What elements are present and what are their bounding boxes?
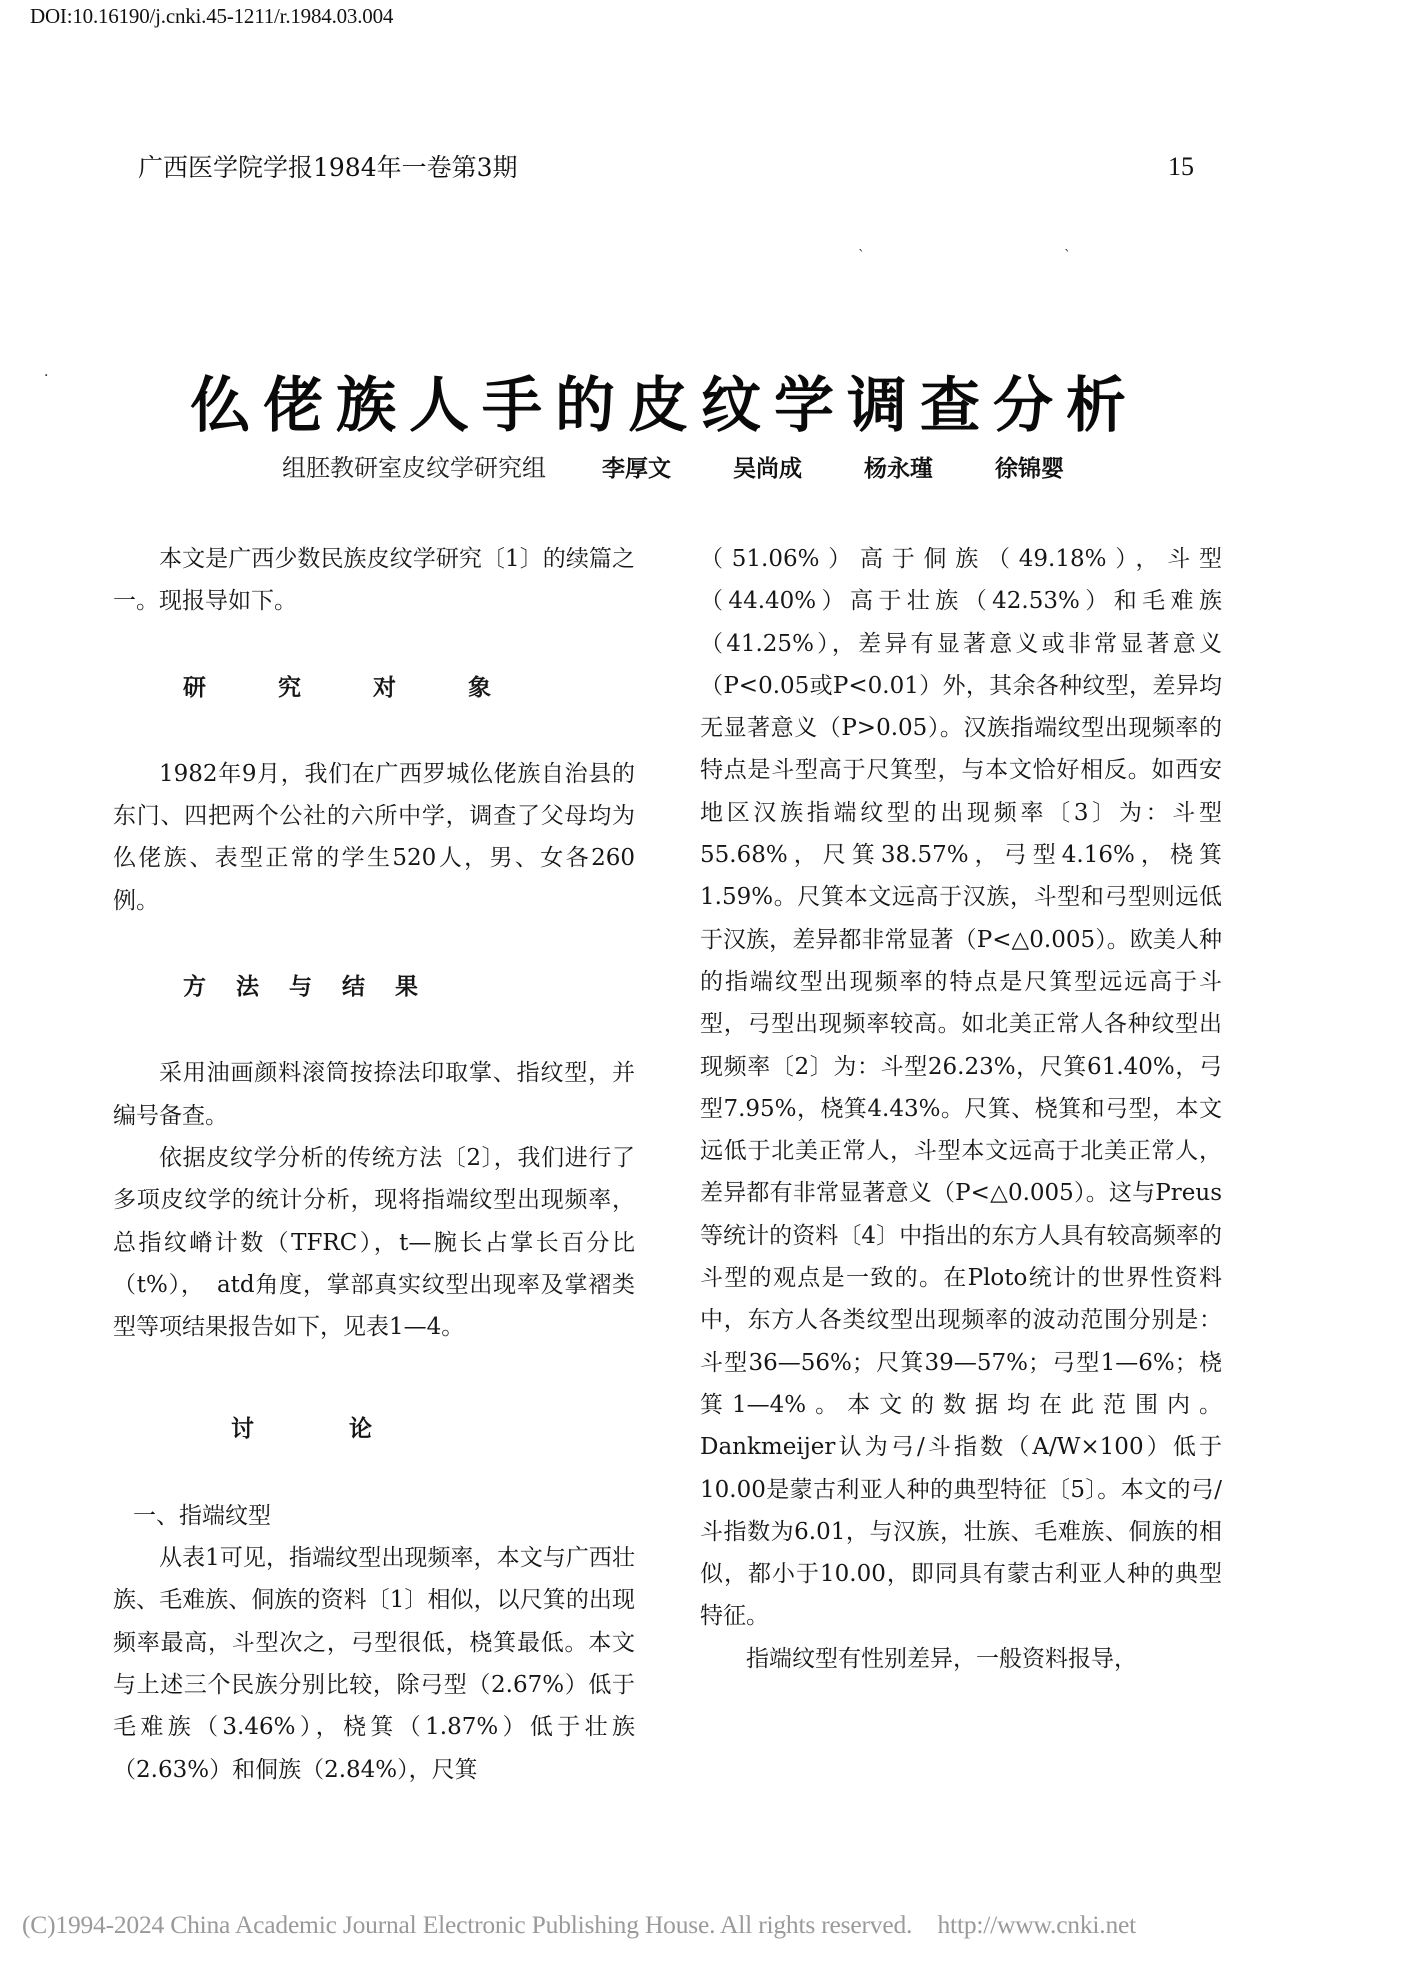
author-name: 杨永瑾 — [864, 450, 933, 483]
discussion-paragraph: 从表1可见，指端纹型出现频率，本文与广西壮族、毛难族、侗族的资料〔1〕相似，以尺… — [113, 1537, 635, 1791]
doi-line: DOI:10.16190/j.cnki.45-1211/r.1984.03.00… — [30, 4, 393, 29]
heading-char: 究 — [278, 667, 301, 709]
left-column: 本文是广西少数民族皮纹学研究〔1〕的续篇之一。现报导如下。 研究对象 1982年… — [113, 538, 635, 1791]
section-heading-methods: 方法与结果 — [113, 966, 635, 1008]
copyright-footer: (C)1994-2024 China Academic Journal Elec… — [22, 1905, 1422, 1941]
scan-speck: ˋ — [1064, 248, 1071, 264]
section-heading-discussion: 讨论 — [113, 1408, 635, 1450]
methods-paragraph-2: 依据皮纹学分析的传统方法〔2〕，我们进行了多项皮纹学的统计分析，现将指端纹型出现… — [113, 1137, 635, 1348]
heading-char: 果 — [395, 966, 418, 1008]
affiliation: 组胚教研室皮纹学研究组 — [282, 448, 546, 483]
subjects-paragraph: 1982年9月，我们在广西罗城仫佬族自治县的东门、四把两个公社的六所中学，调查了… — [113, 753, 635, 922]
section-heading-subjects: 研究对象 — [113, 667, 635, 709]
intro-paragraph: 本文是广西少数民族皮纹学研究〔1〕的续篇之一。现报导如下。 — [113, 538, 635, 623]
heading-char: 象 — [468, 667, 491, 709]
author-name: 李厚文 — [602, 450, 671, 483]
discussion-continued-paragraph: （51.06%）高于侗族（49.18%），斗型（44.40%）高于壮族（42.5… — [700, 538, 1222, 1638]
author-name: 吴尚成 — [733, 450, 802, 483]
heading-char: 论 — [349, 1408, 372, 1450]
journal-header: 广西医学院学报1984年一卷第3期 — [138, 148, 518, 184]
heading-char: 对 — [373, 667, 396, 709]
methods-paragraph-1: 采用油画颜料滚筒按捺法印取掌、指纹型，并编号备查。 — [113, 1052, 635, 1137]
scan-speck: ˋ — [858, 248, 865, 264]
page-number: 15 — [1168, 152, 1194, 182]
subsection-heading: 一、指端纹型 — [113, 1495, 635, 1537]
author-name: 徐锦婴 — [995, 450, 1064, 483]
article-title: 仫佬族人手的皮纹学调查分析 — [190, 358, 1190, 444]
heading-char: 讨 — [231, 1408, 254, 1450]
right-column: （51.06%）高于侗族（49.18%），斗型（44.40%）高于壮族（42.5… — [700, 538, 1222, 1680]
heading-char: 方 — [183, 966, 206, 1008]
byline: 组胚教研室皮纹学研究组 李厚文 吴尚成 杨永瑾 徐锦婴 — [282, 448, 1242, 483]
heading-char: 与 — [289, 966, 312, 1008]
scan-speck: · — [44, 368, 48, 384]
heading-char: 法 — [236, 966, 259, 1008]
heading-char: 结 — [342, 966, 365, 1008]
sex-difference-paragraph: 指端纹型有性别差异，一般资料报导， — [700, 1638, 1222, 1680]
heading-char: 研 — [183, 667, 206, 709]
